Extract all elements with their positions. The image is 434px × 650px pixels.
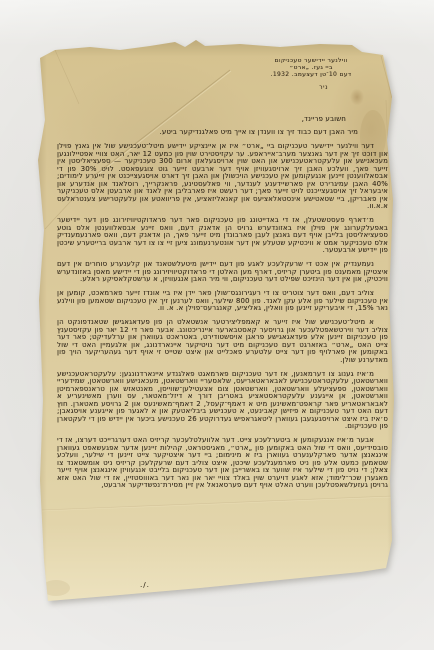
body-paragraph: צוליב דעם, וואס דער צוטריט צו די רעגירונ… bbox=[57, 290, 388, 313]
paper-sheet: ווילנער יידישער טעכניקום ביי געז. „ארט״ … bbox=[36, 40, 398, 602]
document-number-label: ניר bbox=[319, 84, 328, 91]
document-paper: ווילנער יידישער טעכניקום ביי געז. „ארט״ … bbox=[36, 40, 398, 602]
letterhead-org-line: ביי געז. „ארט״ bbox=[254, 65, 368, 72]
letter-body: חשובע פריינד, מיר האבן דעם כבוד זיך צו ו… bbox=[57, 116, 388, 496]
body-paragraph: דער ווילנער יידישער טעכניקום ביי „ארט״ א… bbox=[57, 143, 388, 211]
opening-line: מיר האבן דעם כבוד זיך צו ווענדן צו אייך … bbox=[57, 129, 388, 137]
body-paragraph: נעמענדיק אין אכט די שרעקלעכע לאגע פון דע… bbox=[57, 261, 388, 284]
end-mark: ./. bbox=[140, 581, 150, 589]
salutation-line: חשובע פריינד, bbox=[57, 116, 388, 124]
letterhead-date-line: דעם 10־טן דעצעמב. 1932. bbox=[254, 72, 368, 79]
body-paragraph: א מיטל־טעכנישע שול איז זייער א קאמפליציר… bbox=[57, 319, 388, 364]
letterhead: ווילנער יידישער טעכניקום ביי געז. „ארט״ … bbox=[254, 58, 368, 79]
body-paragraph: אבער מ׳איז אנגעקומען א ביטערלעכע צייט. ד… bbox=[57, 437, 388, 490]
body-paragraph: מ׳איז גענוג צו דערמאנען, אז דער טעכניקום… bbox=[57, 371, 388, 431]
letterhead-school-name: ווילנער יידישער טעכניקום bbox=[254, 58, 368, 65]
body-paragraph: מ׳דארף פעסטשטעלן, אז די באדייטונג פון טע… bbox=[57, 217, 388, 255]
photo-scene: ווילנער יידישער טעכניקום ביי געז. „ארט״ … bbox=[0, 0, 434, 650]
